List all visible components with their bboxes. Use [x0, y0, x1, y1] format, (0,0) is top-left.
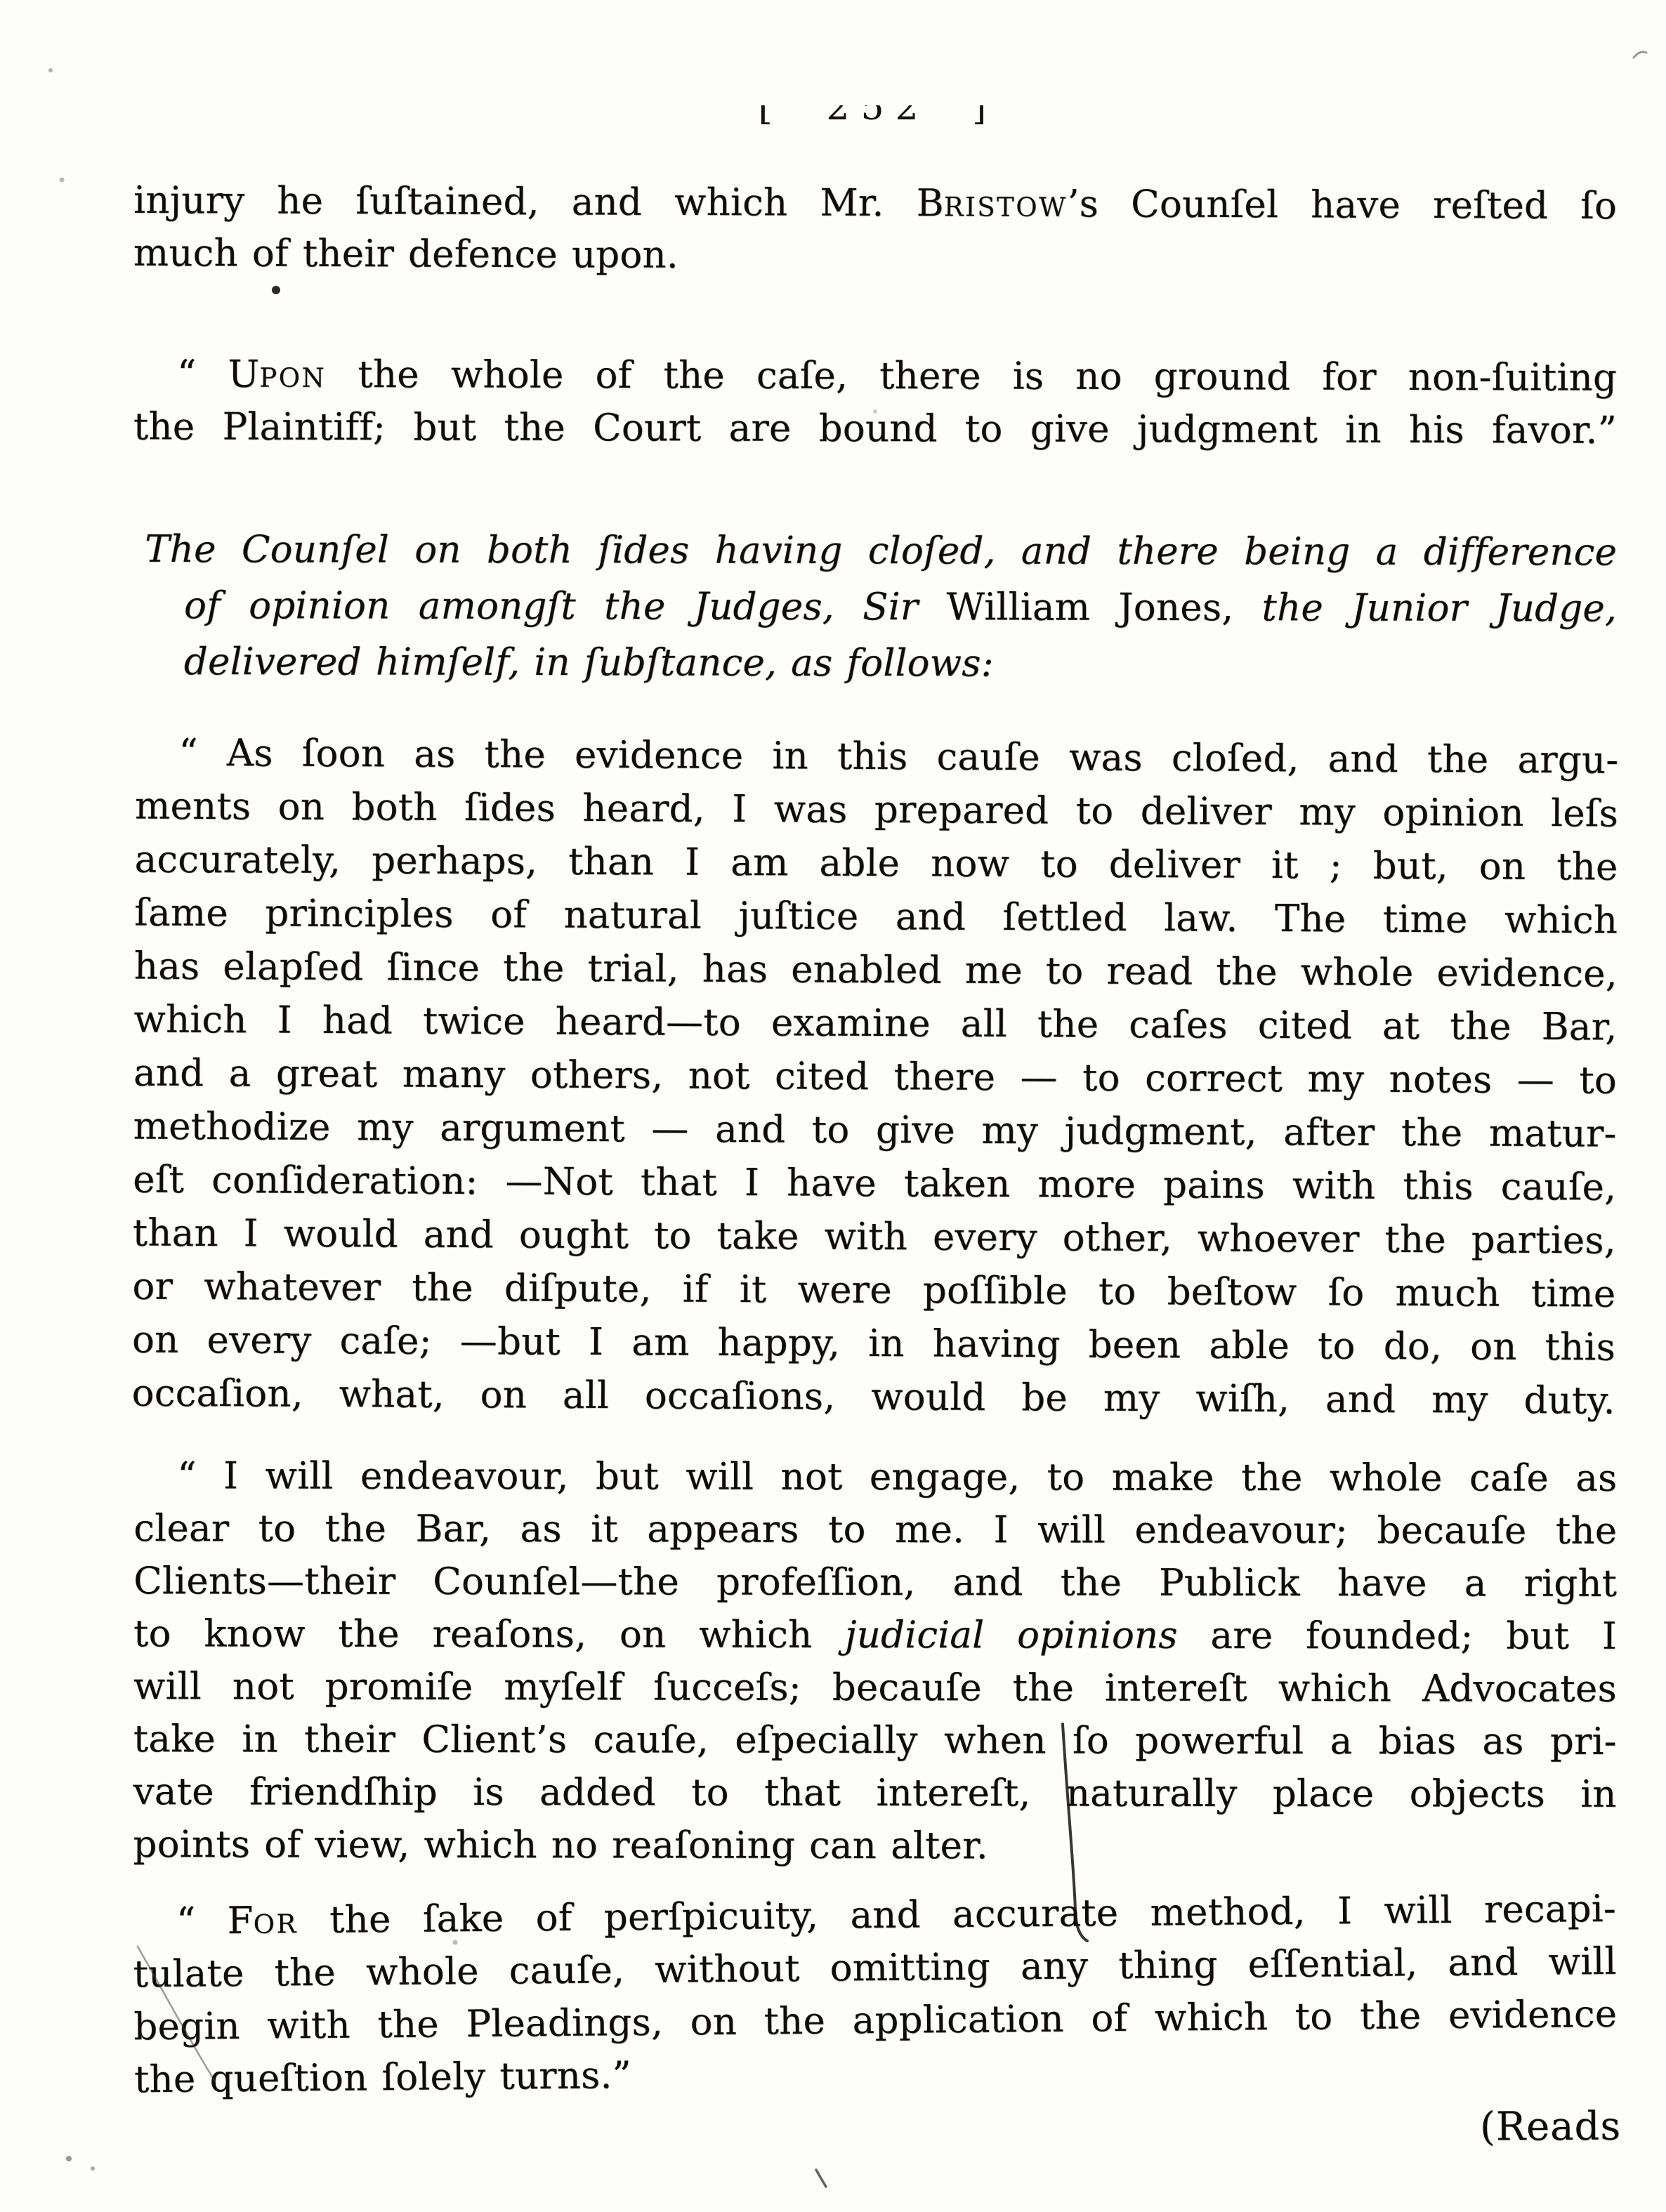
- text-segment: to know the reaſons, on which: [133, 1612, 845, 1657]
- text-line: and a great many others, not cited there…: [133, 1046, 1617, 1107]
- scanned-book-page: [ 252 ] injury he ſuſtained, and which M…: [0, 0, 1666, 2212]
- text-line: has elapſed ſince the trial, has enabled…: [134, 940, 1618, 1001]
- text-line: or whatever the diſpute, if it were poſſ…: [132, 1260, 1615, 1321]
- text-segment: vate friendſhip is added to that intereſ…: [133, 1770, 1617, 1816]
- text-segment: on every caſe; —but I am happy, in havin…: [132, 1318, 1615, 1369]
- text-line: points of view, which no reaſoning can a…: [133, 1818, 1616, 1874]
- text-segment: “ As ſoon as the evidence in this cauſe …: [178, 732, 1618, 782]
- ink-speck: [60, 178, 65, 183]
- text-line: occaſion, what, on all occaſions, would …: [131, 1367, 1615, 1428]
- text-segment: which I had twice heard—to examine all t…: [133, 998, 1617, 1048]
- ink-speck: [48, 68, 53, 72]
- text-segment: ments on both ſides heard, I was prepare…: [135, 784, 1618, 835]
- text-line: ſame principles of natural juſtice and ſ…: [134, 886, 1618, 947]
- text-line: ments on both ſides heard, I was prepare…: [135, 779, 1618, 841]
- text-segment: clear to the Bar, as it appears to me. I…: [133, 1507, 1617, 1553]
- page-number: [ 252 ]: [759, 105, 998, 129]
- text-line: “ Upon the whole of the caſe, there is n…: [133, 348, 1617, 404]
- small-caps-text: or: [253, 1899, 298, 1942]
- ink-speck: [66, 2156, 72, 2161]
- text-line: the Plaintiff; but the Court are bound t…: [133, 400, 1617, 457]
- text-line: than I would and ought to take with ever…: [133, 1206, 1616, 1268]
- text-line: accurately, perhaps, than I am able now …: [134, 833, 1618, 894]
- text-segment: tulate the whole cauſe, without omitting…: [133, 1940, 1616, 1996]
- text-segment: The Counſel on both ſides having cloſed,…: [145, 528, 1617, 574]
- text-line: which I had twice heard—to examine all t…: [133, 993, 1617, 1054]
- text-segment: or whatever the diſpute, if it were poſſ…: [132, 1265, 1615, 1315]
- text-line: The Counſel on both ſides having cloſed,…: [133, 522, 1617, 581]
- text-line: injury he ſuſtained, and which Mr. Brist…: [133, 174, 1617, 232]
- text-segment: the whole of the caſe, there is no groun…: [326, 353, 1617, 400]
- text-segment: has elapſed ſince the trial, has enabled…: [134, 944, 1618, 995]
- text-segment: ſame principles of natural juſtice and ſ…: [134, 891, 1618, 942]
- ink-speck: [91, 2166, 95, 2171]
- text-segment: begin with the Pleadings, on the applica…: [133, 1993, 1617, 2048]
- stray-stroke-artifact: [816, 2170, 826, 2187]
- text-line: methodize my argument — and to give my j…: [133, 1100, 1616, 1161]
- text-line: will not promiſe myſelf ſucceſs; becauſe…: [133, 1660, 1617, 1716]
- text-segment: of opinion amongſt the Judges, Sir: [184, 584, 947, 628]
- text-line: Clients—their Counſel—the profeſſion, an…: [133, 1555, 1617, 1610]
- ink-dot: [272, 286, 280, 294]
- text-segment: delivered himſelf, in ſubſtance, as foll…: [184, 640, 994, 685]
- roman-text: William Jones,: [946, 586, 1233, 629]
- text-segment: points of view, which no reaſoning can a…: [133, 1823, 988, 1867]
- text-line: “ As ſoon as the evidence in this cauſe …: [135, 726, 1618, 787]
- text-segment: will not promiſe myſelf ſucceſs; becauſe…: [133, 1665, 1617, 1711]
- catchword: (Reads: [1480, 2103, 1621, 2150]
- text-segment: are founded; but I: [1178, 1614, 1617, 1658]
- paragraph-i-will-endeavour: “ I will endeavour, but will not engage,…: [133, 1449, 1617, 1874]
- text-line: much of their defence upon.: [133, 227, 1617, 285]
- text-segment: eſt conſideration: —Not that I have take…: [133, 1158, 1616, 1209]
- text-segment: “ U: [177, 353, 259, 395]
- text-segment: methodize my argument — and to give my j…: [133, 1105, 1616, 1155]
- text-segment: than I would and ought to take with ever…: [133, 1211, 1616, 1262]
- text-segment: the Plaintiff; but the Court are bound t…: [133, 405, 1617, 452]
- text-segment: much of their defence upon.: [133, 232, 678, 277]
- paragraph-as-soon-as-evidence: “ As ſoon as the evidence in this cauſe …: [131, 726, 1618, 1428]
- text-segment: Clients—their Counſel—the profeſſion, an…: [133, 1560, 1617, 1605]
- text-line: clear to the Bar, as it appears to me. I…: [133, 1502, 1617, 1558]
- text-segment: “ F: [176, 1900, 254, 1943]
- text-line: take in their Client’s cauſe, eſpecially…: [133, 1713, 1617, 1768]
- text-segment: “ I will endeavour, but will not engage,…: [177, 1454, 1617, 1500]
- text-line: delivered himſelf, in ſubſtance, as foll…: [133, 634, 1617, 693]
- text-line: eſt conſideration: —Not that I have take…: [133, 1153, 1616, 1214]
- text-line: to know the reaſons, on which judicial o…: [133, 1607, 1617, 1663]
- small-caps-text: ristow: [944, 182, 1068, 225]
- italic-text: judicial opinions: [845, 1614, 1178, 1657]
- paragraph-italic-direction: The Counſel on both ſides having cloſed,…: [133, 522, 1617, 693]
- paragraph-for-the-sake: “ For the ſake of perſpicuity, and accur…: [133, 1883, 1618, 2106]
- text-segment: injury he ſuſtained, and which Mr. B: [133, 179, 944, 225]
- text-segment: and a great many others, not cited there…: [133, 1051, 1617, 1102]
- text-segment: accurately, perhaps, than I am able now …: [134, 838, 1618, 888]
- text-line: “ I will endeavour, but will not engage,…: [133, 1449, 1617, 1505]
- text-segment: the ſake of perſpicuity, and accurate me…: [298, 1888, 1617, 1942]
- text-segment: the Junior Judge,: [1233, 586, 1617, 630]
- text-segment: take in their Client’s cauſe, eſpecially…: [133, 1718, 1617, 1763]
- text-line: vate friendſhip is added to that intereſ…: [133, 1765, 1617, 1821]
- tick-mark-artifact: [1634, 52, 1646, 58]
- text-line: of opinion amongſt the Judges, Sir Willi…: [133, 578, 1617, 637]
- small-caps-text: pon: [259, 353, 326, 396]
- text-segment: the queſtion ſolely turns.”: [134, 2054, 631, 2101]
- paragraph-upon-the-whole: “ Upon the whole of the caſe, there is n…: [133, 348, 1617, 457]
- text-segment: occaſion, what, on all occaſions, would …: [131, 1371, 1615, 1422]
- text-line: on every caſe; —but I am happy, in havin…: [132, 1313, 1615, 1374]
- paragraph-continuation: injury he ſuſtained, and which Mr. Brist…: [133, 174, 1618, 285]
- text-segment: ’s Counſel have reſted ſo: [1068, 183, 1618, 228]
- page-number-header: [ 252 ]: [730, 105, 1025, 146]
